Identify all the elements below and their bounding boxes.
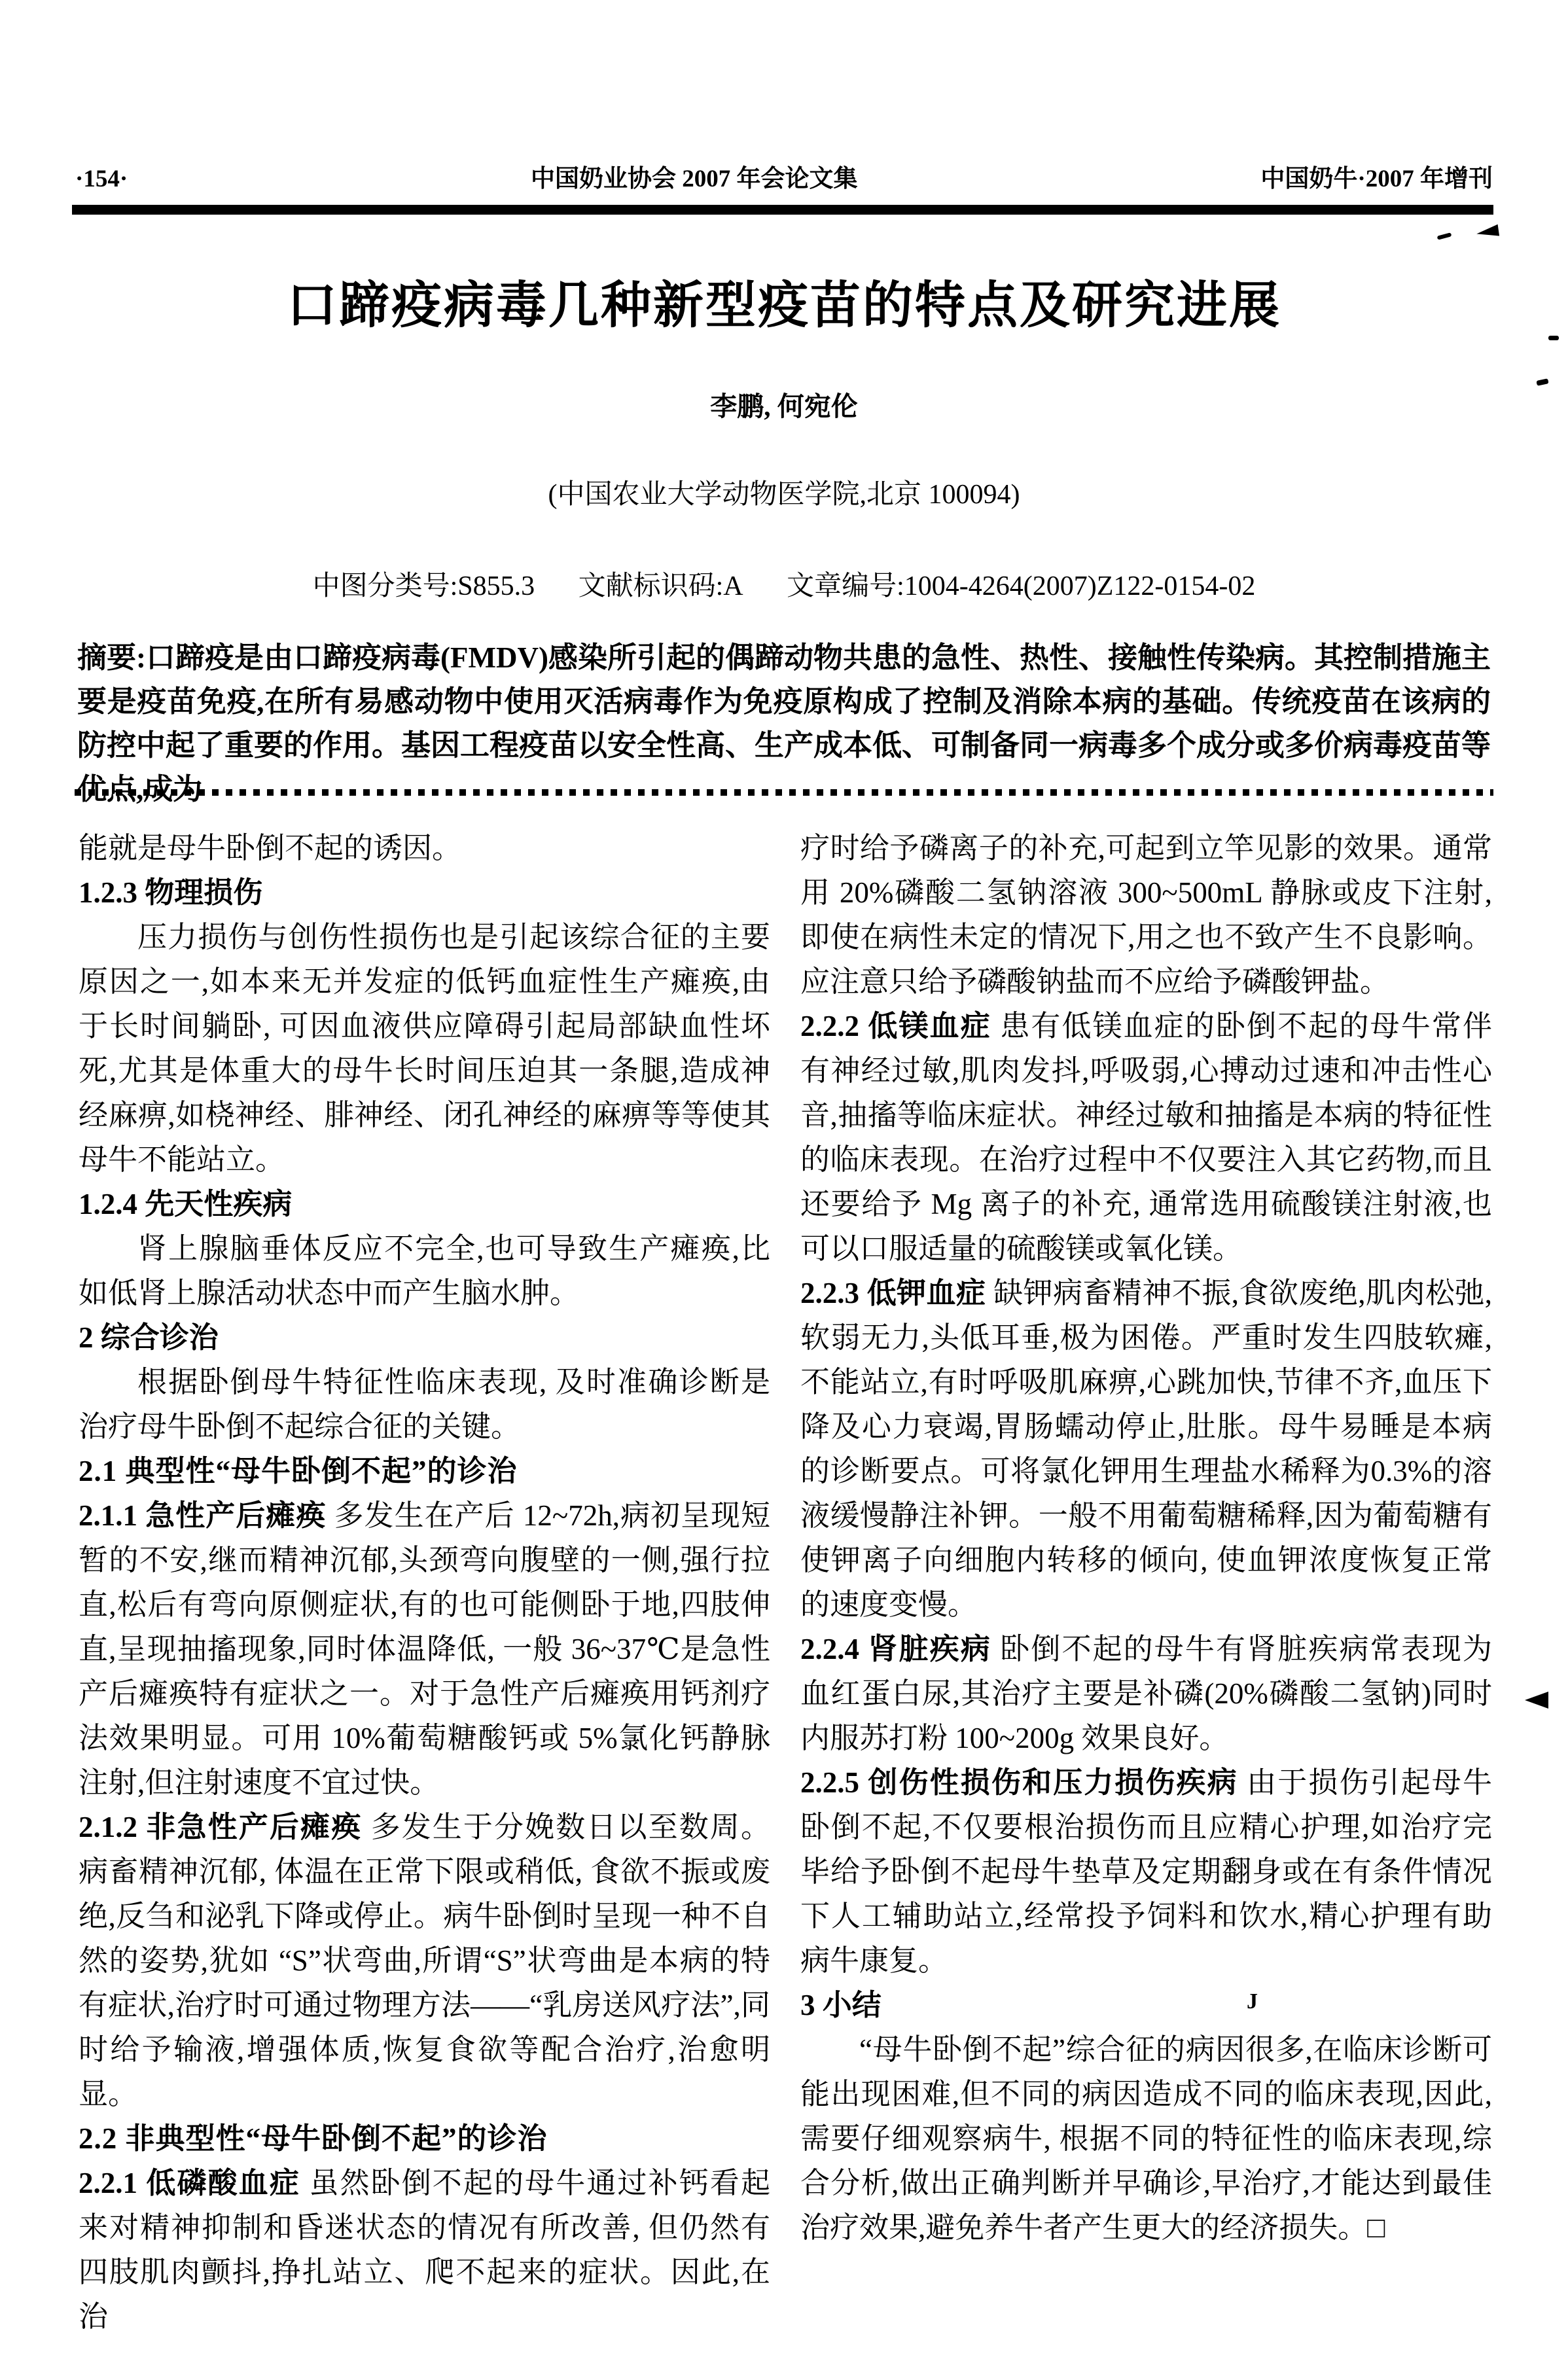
page-number: ·154·: [75, 165, 128, 194]
run-in-heading: 2.2.5 创伤性损伤和压力损伤疾病: [800, 1766, 1238, 1799]
scan-artifact-triangle: [1525, 1692, 1548, 1709]
left-column: 能就是母牛卧倒不起的诱因。1.2.3 物理损伤压力损伤与创伤性损伤也是引起该综合…: [79, 826, 770, 2339]
paragraph: 2.1.2 非急性产后瘫痪 多发生于分娩数日以至数周。病畜精神沉郁, 体温在正常…: [79, 1805, 770, 2116]
section-heading: 3 小结: [800, 1983, 1492, 2027]
run-in-heading: 2.2.1 低磷酸血症: [79, 2167, 300, 2199]
scanned-paper-page: ·154· 中国奶业协会 2007 年会论文集 中国奶牛·2007 年增刊 口蹄…: [0, 0, 1568, 2363]
scan-artifact-mark: J: [1247, 1989, 1258, 2014]
two-column-body: 能就是母牛卧倒不起的诱因。1.2.3 物理损伤压力损伤与创伤性损伤也是引起该综合…: [79, 826, 1492, 2339]
run-in-heading: 2.2.3 低钾血症: [800, 1277, 986, 1309]
paragraph: 2.2.2 低镁血症 患有低镁血症的卧倒不起的母牛常伴有神经过敏,肌肉发抖,呼吸…: [800, 1004, 1492, 1271]
scan-artifact-dash: [1548, 336, 1559, 340]
paragraph: 2.1.1 急性产后瘫痪 多发生在产后 12~72h,病初呈现短暂的不安,继而精…: [79, 1493, 770, 1805]
paragraph: 肾上腺脑垂体反应不完全,也可导致生产瘫痪,比如低肾上腺活动状态中而产生脑水肿。: [79, 1226, 770, 1315]
paragraph: “母牛卧倒不起”综合征的病因很多,在临床诊断可能出现困难,但不同的病因造成不同的…: [800, 2027, 1492, 2250]
abstract: 摘要:口蹄疫是由口蹄疫病毒(FMDV)感染所引起的偶蹄动物共患的急性、热性、接触…: [77, 636, 1491, 811]
section-heading: 1.2.4 先天性疾病: [79, 1182, 770, 1226]
section-heading: 2.1 典型性“母牛卧倒不起”的诊治: [79, 1449, 770, 1493]
run-in-heading: 2.1.1 急性产后瘫痪: [79, 1499, 326, 1532]
page-header: ·154· 中国奶业协会 2007 年会论文集 中国奶牛·2007 年增刊: [75, 165, 1493, 194]
article-title: 口蹄疫病毒几种新型疫苗的特点及研究进展: [0, 265, 1568, 338]
article-id: 文章编号:1004-4264(2007)Z122-0154-02: [787, 571, 1255, 601]
header-rule: [72, 205, 1493, 215]
proceedings-title: 中国奶业协会 2007 年会论文集: [128, 165, 1260, 194]
run-in-heading: 2.2.4 肾脏疾病: [800, 1633, 991, 1665]
section-heading: 2 综合诊治: [79, 1315, 770, 1360]
scan-artifact-tick: [1437, 232, 1452, 240]
paragraph: 2.2.5 创伤性损伤和压力损伤疾病 由于损伤引起母牛卧倒不起,不仅要根治损伤而…: [800, 1760, 1492, 1983]
document-code: 文献标识码:A: [579, 571, 743, 601]
scan-artifact-arrow: [1476, 224, 1499, 240]
section-heading: 2.2 非典型性“母牛卧倒不起”的诊治: [79, 2116, 770, 2161]
section-heading: 1.2.3 物理损伤: [79, 870, 770, 915]
paragraph: 根据卧倒母牛特征性临床表现, 及时准确诊断是治疗母牛卧倒不起综合征的关键。: [79, 1360, 770, 1449]
right-column: 疗时给予磷离子的补充,可起到立竿见影的效果。通常用 20%磷酸二氢钠溶液 300…: [800, 826, 1492, 2339]
paragraph: 能就是母牛卧倒不起的诱因。: [79, 826, 770, 870]
dotted-separator: [75, 789, 1493, 796]
clc-number: 中图分类号:S855.3: [313, 571, 535, 601]
affiliation: (中国农业大学动物医学院,北京 100094): [0, 472, 1568, 512]
paragraph: 疗时给予磷离子的补充,可起到立竿见影的效果。通常用 20%磷酸二氢钠溶液 300…: [800, 826, 1492, 1004]
authors: 李鹏, 何宛伦: [0, 385, 1568, 423]
run-in-heading: 2.1.2 非急性产后瘫痪: [79, 1811, 362, 1843]
paragraph: 2.2.3 低钾血症 缺钾病畜精神不振,食欲废绝,肌肉松弛,软弱无力,头低耳垂,…: [800, 1271, 1492, 1627]
paragraph: 2.2.1 低磷酸血症 虽然卧倒不起的母牛通过补钙看起来对精神抑制和昏迷状态的情…: [79, 2161, 770, 2339]
journal-issue-label: 中国奶牛·2007 年增刊: [1260, 165, 1493, 194]
paragraph: 2.2.4 肾脏疾病 卧倒不起的母牛有肾脏疾病常表现为血红蛋白尿,其治疗主要是补…: [800, 1627, 1492, 1760]
article-meta-line: 中图分类号:S855.3 文献标识码:A 文章编号:1004-4264(2007…: [0, 564, 1568, 603]
paragraph: 压力损伤与创伤性损伤也是引起该综合征的主要原因之一,如本来无并发症的低钙血症性生…: [79, 915, 770, 1182]
run-in-heading: 2.2.2 低镁血症: [800, 1010, 991, 1042]
